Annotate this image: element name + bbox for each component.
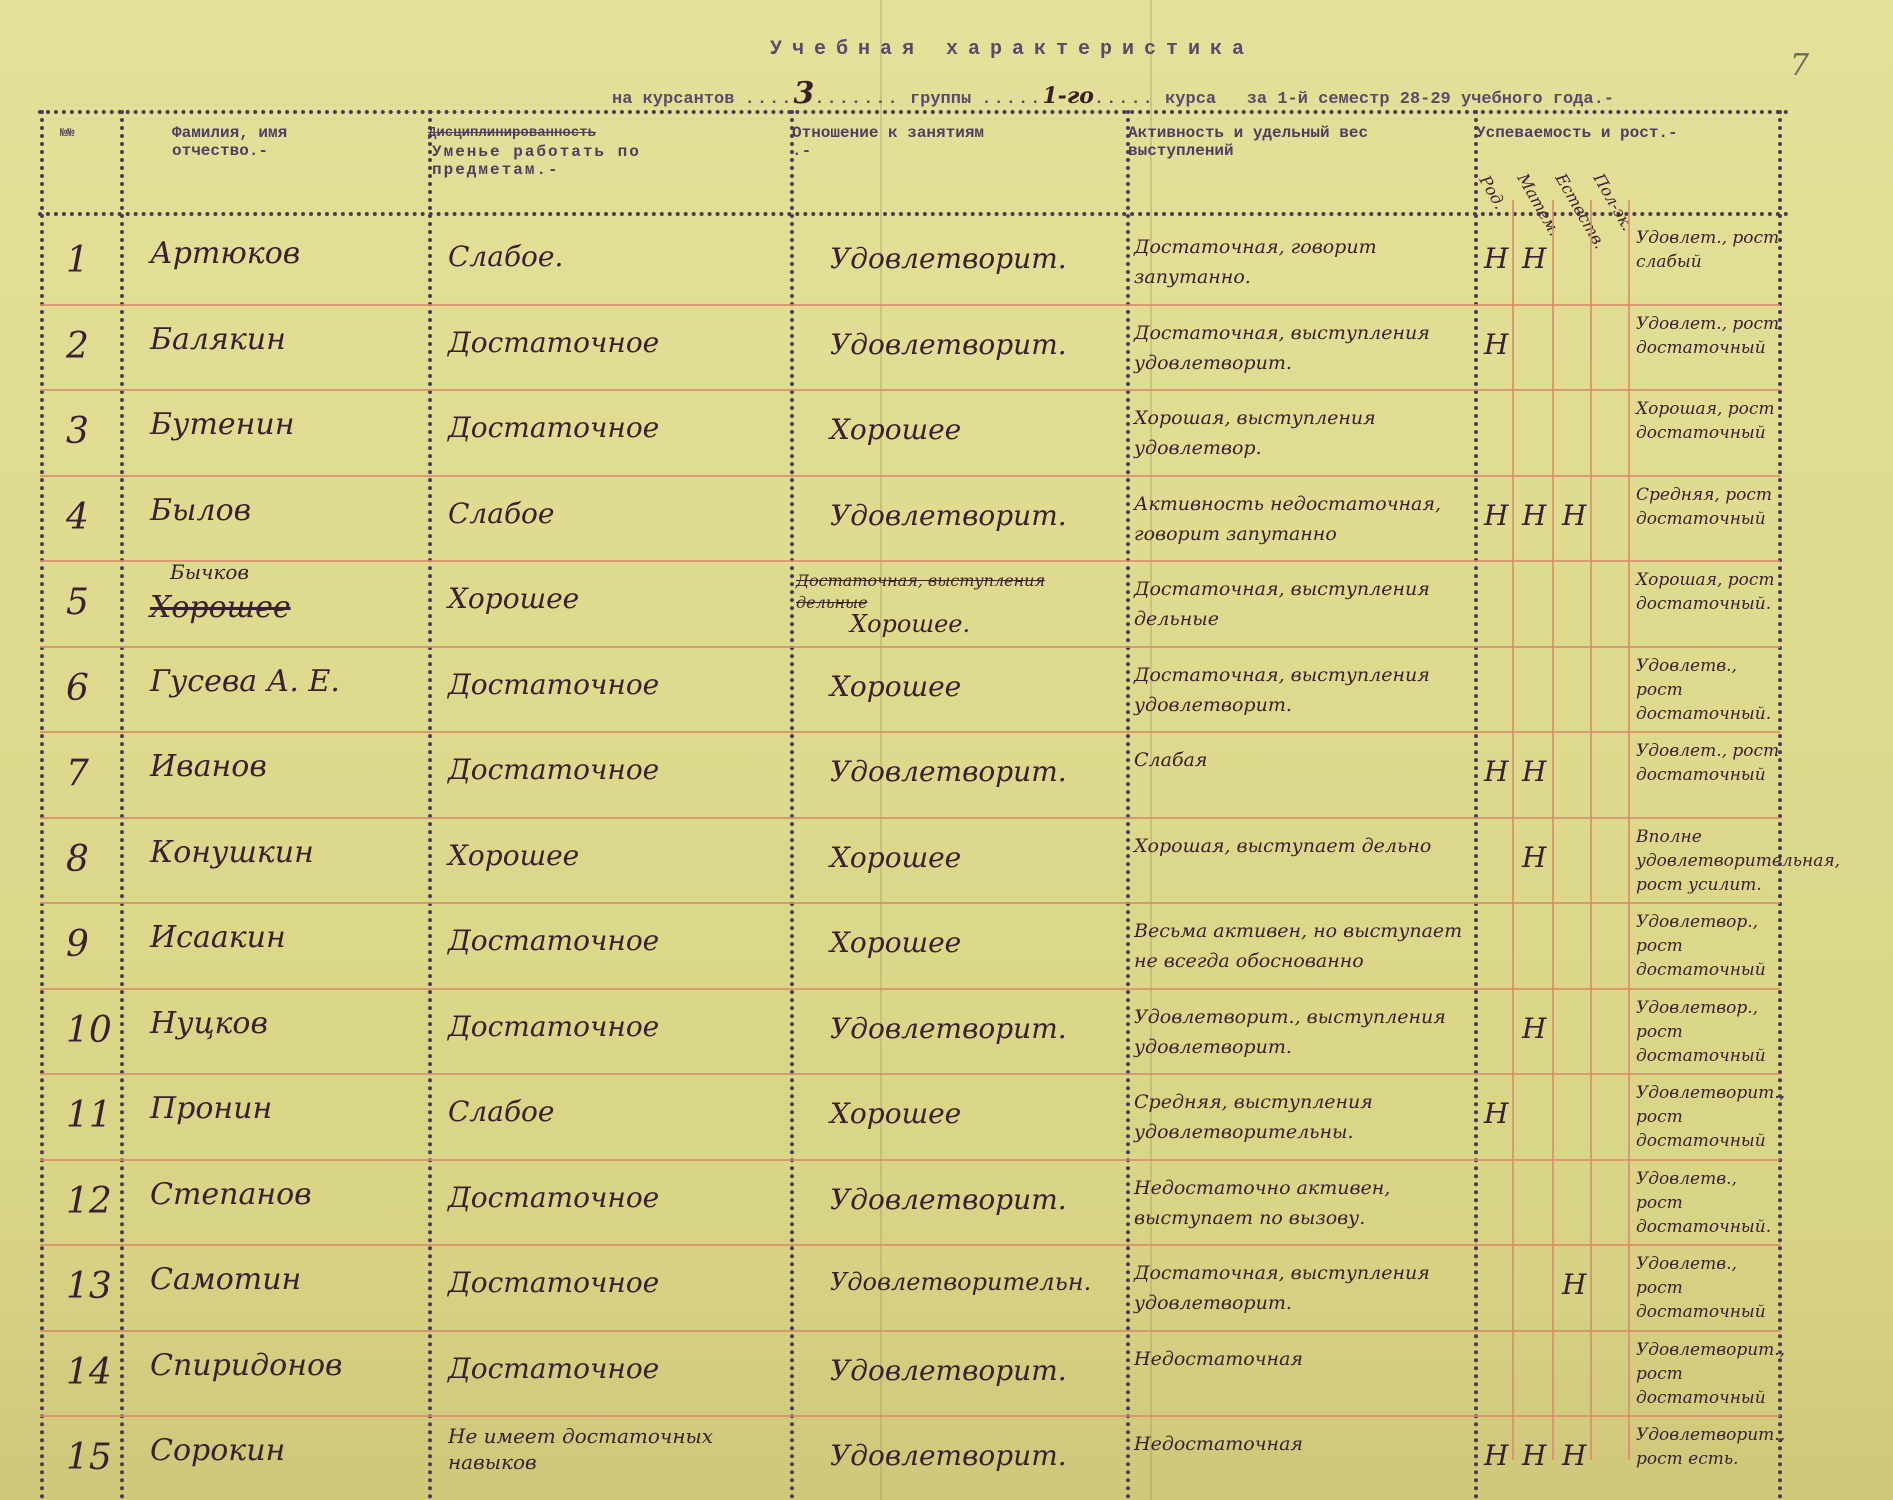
row-rule [40, 304, 1780, 306]
document-subtitle: на курсантов ....3....... группы .....1-… [612, 76, 1614, 111]
subcol-header-0: Род. [1476, 172, 1510, 212]
column-border [428, 110, 432, 1500]
student-name: Конушкин [150, 835, 314, 870]
student-name: Самотин [150, 1262, 301, 1297]
col-header-attitude: Отношение к занятиям .- [792, 124, 992, 160]
period: за 1-й семестр 28-29 учебного года.- [1247, 90, 1614, 109]
col-header-number: №№ [60, 124, 74, 142]
grade-mark: Н [1522, 1439, 1546, 1472]
row-rule [40, 1415, 1780, 1417]
skill-rating: Достаточное [448, 1181, 659, 1214]
row-rule [40, 988, 1780, 990]
column-border [790, 110, 794, 1500]
skill-rating: Достаточное [448, 411, 659, 444]
progress-note: Удовлетв., рост достаточный. [1636, 654, 1786, 726]
skill-rating: Достаточное [448, 1010, 659, 1043]
row-number: 3 [66, 411, 89, 452]
skill-rating: Достаточное [448, 1266, 659, 1299]
col-header-skill-struck: Дисциплинированность [428, 124, 668, 142]
grade-mark: Н [1484, 242, 1508, 275]
student-name: Гусева А. Е. [150, 664, 340, 699]
attitude-rating: Удовлетворит. [830, 499, 1067, 532]
attitude-rating: Хорошее [830, 413, 961, 446]
row-number: 8 [66, 839, 89, 880]
student-name-struck: Хорошее [150, 590, 291, 625]
grade-mark: Н [1562, 1268, 1586, 1301]
attitude-rating: Удовлетворит. [830, 1012, 1067, 1045]
col-header-skill: Уменье работать по предметам.- [432, 143, 662, 179]
attitude-rating: Удовлетворит. [830, 755, 1067, 788]
activity-note: Достаточная, выступления удовлетворит. [1134, 1258, 1464, 1318]
grade-mark: Н [1484, 1439, 1508, 1472]
student-name: Балякин [150, 322, 286, 357]
progress-note: Средняя, рост достаточный [1636, 483, 1786, 531]
student-name: Иванов [150, 749, 267, 784]
col-header-progress: Успеваемость и рост.- [1476, 124, 1696, 142]
skill-rating: Достаточное [448, 1352, 659, 1385]
row-number: 11 [66, 1095, 112, 1136]
course-label: курса [1165, 90, 1216, 109]
progress-note: Удовлет., рост слабый [1636, 226, 1786, 274]
attitude-rating: Удовлетворит. [830, 1183, 1067, 1216]
grade-mark: Н [1562, 499, 1586, 532]
row-number: 1 [66, 240, 89, 281]
student-name: Спиридонов [150, 1348, 342, 1383]
course-number: 1-го [1042, 83, 1094, 109]
row-rule [40, 902, 1780, 904]
row-rule [40, 1244, 1780, 1246]
skill-rating: Достаточное [448, 668, 659, 701]
student-name: Исаакин [150, 920, 286, 955]
progress-note: Вполне удовлетворительная, рост усилит. [1636, 825, 1786, 897]
grade-mark: Н [1522, 755, 1546, 788]
grade-mark: Н [1562, 1439, 1586, 1472]
skill-rating: Достаточное [448, 753, 659, 786]
row-rule [40, 817, 1780, 819]
student-name: Бутенин [150, 407, 295, 442]
skill-rating: Хорошее [448, 582, 579, 615]
row-number: 4 [66, 497, 89, 538]
activity-note: Средняя, выступления удовлетворительны. [1134, 1087, 1464, 1147]
attitude-rating: Хорошее [830, 1097, 961, 1130]
progress-note: Удовлетв., рост достаточный. [1636, 1167, 1786, 1239]
student-name: Бычков [170, 560, 249, 584]
attitude-rating: Хорошее [830, 670, 961, 703]
group-label: группы [910, 90, 971, 109]
skill-rating: Достаточное [448, 326, 659, 359]
grade-mark: Н [1522, 1012, 1546, 1045]
student-name: Пронин [150, 1091, 272, 1126]
column-border [120, 110, 124, 1500]
skill-rating: Не имеет достаточных навыков [448, 1423, 778, 1475]
activity-note: Достаточная, выступления удовлетворит. [1134, 660, 1464, 720]
table-border [38, 212, 1790, 216]
skill-rating: Хорошее [448, 839, 579, 872]
progress-note: Удовлет., рост достаточный [1636, 312, 1786, 360]
row-number: 9 [66, 924, 89, 965]
row-rule [40, 1159, 1780, 1161]
row-number: 13 [66, 1266, 112, 1307]
grade-mark: Н [1484, 1097, 1508, 1130]
grade-mark: Н [1484, 755, 1508, 788]
row-rule [40, 1330, 1780, 1332]
table-border [38, 110, 1790, 114]
column-border [1474, 110, 1478, 1500]
progress-note: Удовлет., рост достаточный [1636, 739, 1786, 787]
activity-note: Хорошая, выступает дельно [1134, 831, 1464, 861]
row-number: 7 [66, 753, 89, 794]
group-number: 3 [793, 76, 814, 111]
grade-mark: Н [1522, 841, 1546, 874]
grade-mark: Н [1522, 499, 1546, 532]
activity-note: Активность недостаточная, говорит запута… [1134, 489, 1464, 549]
attitude-rating: Удовлетворит. [830, 1354, 1067, 1387]
activity-note: Хорошая, выступления удовлетвор. [1134, 403, 1464, 463]
document-page: Учебная характеристика на курсантов ....… [0, 0, 1893, 1500]
row-number: 15 [66, 1437, 112, 1478]
progress-note: Удовлетворит., рост есть. [1636, 1423, 1786, 1471]
row-rule [40, 389, 1780, 391]
row-rule [40, 560, 1780, 562]
grade-mark: Н [1484, 328, 1508, 361]
student-name: Артюков [150, 236, 300, 271]
subtitle-prefix: на курсантов [612, 90, 734, 109]
activity-note: Недостаточная [1134, 1429, 1464, 1459]
activity-note: Весьма активен, но выступает не всегда о… [1134, 916, 1464, 976]
attitude-rating: Удовлетворит. [830, 1439, 1067, 1472]
progress-note: Хорошая, рост достаточный. [1636, 568, 1786, 616]
activity-note: Достаточная, выступления дельные [1134, 574, 1464, 634]
row-rule [40, 646, 1780, 648]
activity-note: Достаточная, выступления удовлетворит. [1134, 318, 1464, 378]
page-number: 7 [1790, 48, 1809, 83]
progress-note: Хорошая, рост достаточный [1636, 397, 1786, 445]
activity-note: Удовлетворит., выступления удовлетворит. [1134, 1002, 1464, 1062]
grade-mark: Н [1484, 499, 1508, 532]
attitude-rating: Удовлетворит. [830, 242, 1067, 275]
student-name: Сорокин [150, 1433, 285, 1468]
attitude-rating: Хорошее [830, 841, 961, 874]
row-rule [40, 1073, 1780, 1075]
column-border [1126, 110, 1130, 1500]
progress-note: Удовлетворит., рост достаточный [1636, 1338, 1786, 1410]
skill-rating: Слабое. [448, 240, 563, 273]
student-name: Нуцков [150, 1006, 268, 1041]
col-header-name: Фамилия, имя отчество.- [172, 124, 392, 160]
activity-note: Слабая [1134, 745, 1464, 775]
row-number: 5 [66, 582, 89, 623]
attitude-rating: Хорошее [830, 926, 961, 959]
row-number: 2 [66, 326, 89, 367]
progress-note: Удовлетворит., рост достаточный [1636, 1081, 1786, 1153]
student-name: Былов [150, 493, 251, 528]
progress-note: Удовлетвор., рост достаточный [1636, 996, 1786, 1068]
attitude-rating: Удовлетворит. [830, 328, 1067, 361]
skill-rating: Достаточное [448, 924, 659, 957]
row-number: 10 [66, 1010, 112, 1051]
row-number: 12 [66, 1181, 112, 1222]
row-rule [40, 475, 1780, 477]
activity-note: Недостаточно активен, выступает по вызов… [1134, 1173, 1464, 1233]
progress-note: Удовлетвор., рост достаточный [1636, 910, 1786, 982]
grade-mark: Н [1522, 242, 1546, 275]
skill-rating: Слабое [448, 497, 554, 530]
row-number: 6 [66, 668, 89, 709]
row-number: 14 [66, 1352, 112, 1393]
column-border [40, 110, 44, 1500]
document-title: Учебная характеристика [770, 38, 1254, 61]
activity-note: Недостаточная [1134, 1344, 1464, 1374]
col-header-activity: Активность и удельный вес выступлений [1128, 124, 1448, 160]
activity-note: Достаточная, говорит запутанно. [1134, 232, 1464, 292]
student-name: Степанов [150, 1177, 312, 1212]
row-rule [40, 731, 1780, 733]
attitude-rating: Удовлетворительн. [830, 1268, 1091, 1296]
attitude-struck: Достаточная, выступления дельные [796, 570, 1116, 614]
skill-rating: Слабое [448, 1095, 554, 1128]
progress-note: Удовлетв., рост достаточный [1636, 1252, 1786, 1324]
attitude-rating: Хорошее. [850, 610, 970, 638]
